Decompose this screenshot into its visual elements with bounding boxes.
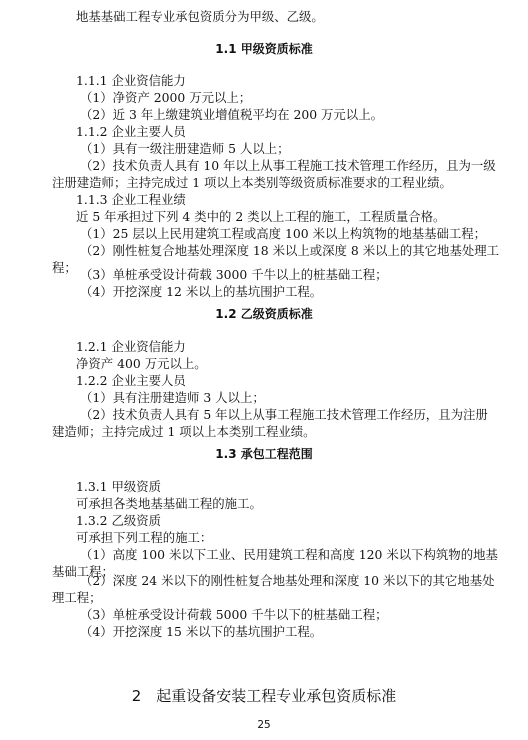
list-item: （4）开挖深度 12 米以上的基坑围护工程。 — [80, 283, 322, 300]
subsection-title: 1.1.1 企业资信能力 — [76, 72, 186, 89]
subsection-title: 1.1.3 企业工程业绩 — [76, 191, 186, 208]
subsection-title: 1.3.1 甲级资质 — [76, 478, 161, 495]
list-item: （1）具有一级注册建造师 5 人以上； — [80, 140, 290, 157]
list-item: （1）净资产 2000 万元以上； — [80, 89, 251, 106]
list-item-continuation: 程； — [52, 259, 77, 276]
paragraph: 近 5 年承担过下列 4 类中的 2 类以上工程的施工，工程质量合格。 — [76, 208, 445, 225]
list-item: （1）高度 100 米以下工业、民用建筑工程和高度 120 米以下构筑物的地基 — [80, 546, 498, 563]
paragraph: 可承担下列工程的施工： — [76, 529, 212, 546]
subsection-title: 1.1.2 企业主要人员 — [76, 123, 186, 140]
section-heading-1-2: 1.2 乙级资质标准 — [0, 306, 528, 322]
list-item: （2）深度 24 米以下的刚性桩复合地基处理和深度 10 米以下的其它地基处 — [80, 572, 495, 589]
chapter-heading: 2 起重设备安装工程专业承包资质标准 — [0, 686, 528, 706]
subsection-title: 1.2.2 企业主要人员 — [76, 372, 186, 389]
list-item: （3）单桩承受设计荷载 3000 千牛以上的桩基础工程； — [80, 266, 388, 283]
section-heading-1-3: 1.3 承包工程范围 — [0, 446, 528, 462]
paragraph: 可承担各类地基基础工程的施工。 — [76, 495, 262, 512]
list-item: （2）技术负责人具有 5 年以上从事工程施工技术管理工作经历，且为注册 — [80, 406, 488, 423]
list-item: （2）技术负责人具有 10 年以上从事工程施工技术管理工作经历，且为一级 — [80, 157, 496, 174]
list-item: （2）近 3 年上缴建筑业增值税平均在 200 万元以上。 — [80, 106, 383, 123]
intro-paragraph: 地基基础工程专业承包资质分为甲级、乙级。 — [76, 8, 324, 25]
list-item: （2）刚性桩复合地基处理深度 18 米以上或深度 8 米以上的其它地基处理工 — [80, 242, 499, 259]
list-item: （4）开挖深度 15 米以下的基坑围护工程。 — [80, 623, 322, 640]
list-item: （3）单桩承受设计荷载 5000 千牛以下的桩基础工程； — [80, 606, 388, 623]
list-item-continuation: 建造师；主持完成过 1 项以上本类别工程业绩。 — [52, 423, 316, 440]
list-item-continuation: 理工程； — [52, 589, 102, 606]
list-item: （1）25 层以上民用建筑工程或高度 100 米以上构筑物的地基基础工程； — [80, 225, 486, 242]
list-item-continuation: 注册建造师；主持完成过 1 项以上本类别等级资质标准要求的工程业绩。 — [52, 174, 452, 191]
paragraph: 净资产 400 万元以上。 — [76, 355, 207, 372]
subsection-title: 1.2.1 企业资信能力 — [76, 338, 186, 355]
page-number: 25 — [0, 718, 528, 732]
section-heading-1-1: 1.1 甲级资质标准 — [0, 41, 528, 57]
list-item: （1）具有注册建造师 3 人以上； — [80, 389, 265, 406]
subsection-title: 1.3.2 乙级资质 — [76, 512, 161, 529]
